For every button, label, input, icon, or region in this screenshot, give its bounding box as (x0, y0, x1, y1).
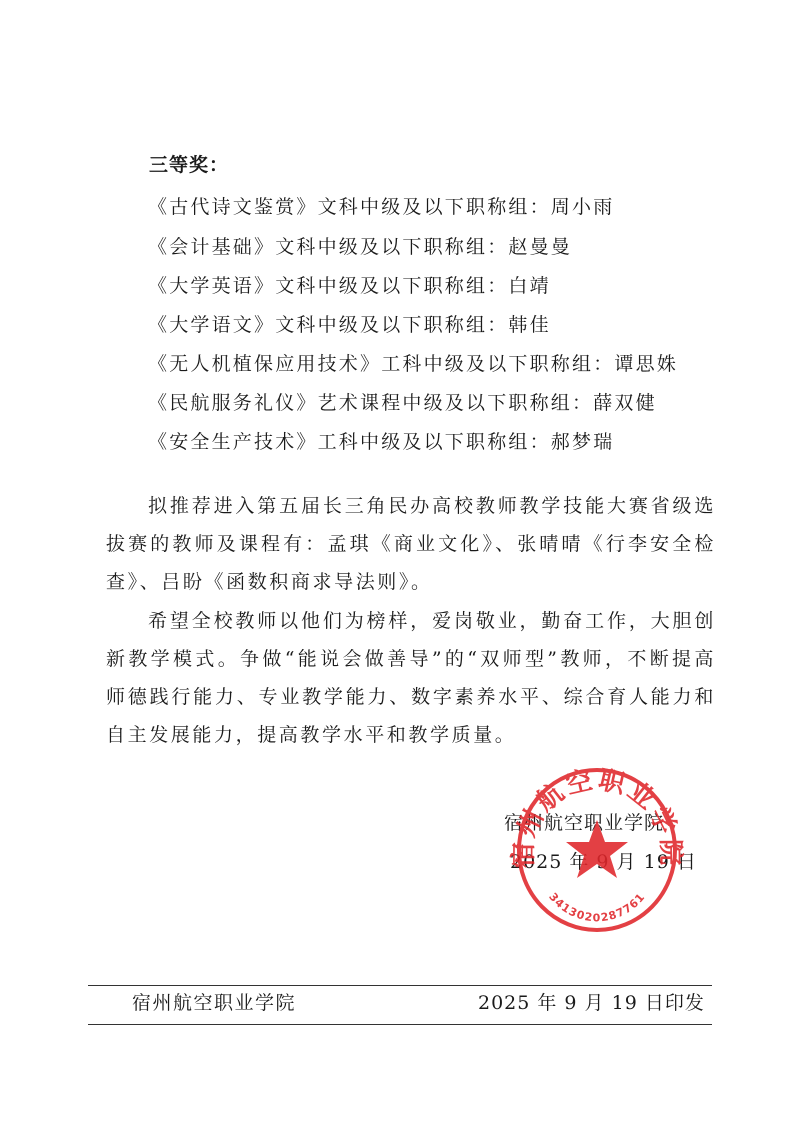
footer-top-divider (88, 985, 712, 986)
footer-bottom-divider (88, 1024, 712, 1025)
footer-organization: 宿州航空职业学院 (132, 988, 296, 1015)
award-entry: 《大学语文》文科中级及以下职称组：韩佳 (148, 310, 551, 337)
award-entry: 《无人机植保应用技术》工科中级及以下职称组：谭思姝 (148, 349, 678, 376)
recommendation-paragraph: 拟推荐进入第五届长三角民办高校教师教学技能大赛省级选拔赛的教师及课程有：孟琪《商… (106, 487, 716, 601)
award-entry: 《大学英语》文科中级及以下职称组：白靖 (148, 271, 551, 298)
award-entry: 《安全生产技术》工科中级及以下职称组：郝梦瑞 (148, 427, 614, 454)
award-entry: 《古代诗文鉴赏》文科中级及以下职称组：周小雨 (148, 192, 614, 219)
signature-date: 2025 年 9 月 19 日 (510, 847, 697, 874)
award-entry: 《民航服务礼仪》艺术课程中级及以下职称组：薛双健 (148, 388, 657, 415)
award-level-heading: 三等奖： (149, 150, 229, 177)
signature-organization: 宿州航空职业学院 (504, 808, 664, 835)
encouragement-paragraph: 希望全校教师以他们为榜样，爱岗敬业，勤奋工作，大胆创新教学模式。争做“能说会做善… (106, 602, 716, 754)
footer-issue-date: 2025 年 9 月 19 日印发 (478, 988, 705, 1015)
svg-text:3413020287761: 3413020287761 (546, 890, 648, 924)
document-page: 三等奖： 《古代诗文鉴赏》文科中级及以下职称组：周小雨 《会计基础》文科中级及以… (0, 0, 793, 1122)
award-entry: 《会计基础》文科中级及以下职称组：赵曼曼 (148, 232, 572, 259)
